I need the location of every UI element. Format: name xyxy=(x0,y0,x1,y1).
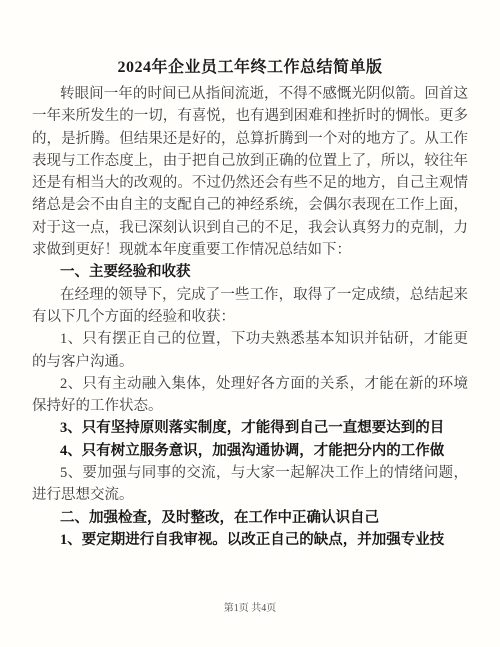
body-line: 的与客户沟通。 xyxy=(32,351,468,373)
body-line: 1、只有摆正自己的位置，下功夫熟悉基本知识并钻研，才能更好 xyxy=(32,328,468,350)
body-line: 1、要定期进行自我审视。以改正自己的缺点，并加强专业技能。 xyxy=(32,529,468,551)
body-line: 一年来所发生的一切，有喜悦，也有遇到困难和挫折时的惆怅。更多 xyxy=(32,105,468,127)
body-line: 有以下几个方面的经验和收获： xyxy=(32,306,468,328)
body-line: 4、只有树立服务意识，加强沟通协调，才能把分内的工作做好。 xyxy=(32,440,468,462)
document-page: 2024年企业员工年终工作总结简单版 转眼间一年的时间已从指间流逝，不得不感慨光… xyxy=(0,0,500,647)
page-number: 第1页 共4页 xyxy=(224,603,277,614)
body-line: 在经理的领导下，完成了一些工作，取得了一定成绩，总结起来 xyxy=(32,284,468,306)
body-line: 进行思想交流。 xyxy=(32,484,468,506)
body-line: 5、要加强与同事的交流，与大家一起解决工作上的情绪问题，多 xyxy=(32,462,468,484)
document-title: 2024年企业员工年终工作总结简单版 xyxy=(32,55,468,80)
body-line: 求做到更好！现就本年度重要工作情况总结如下： xyxy=(32,239,468,261)
page-footer: 第1页 共4页 xyxy=(0,602,500,616)
body-line: 还是有相当大的改观的。不过仍然还会有些不足的地方，自己主观情 xyxy=(32,172,468,194)
document-body: 转眼间一年的时间已从指间流逝，不得不感慨光阴似箭。回首这一年来所发生的一切，有喜… xyxy=(32,83,468,551)
body-line: 3、只有坚持原则落实制度，才能得到自己一直想要达到的目标。 xyxy=(32,417,468,439)
body-line: 对于这一点，我已深刻认识到自己的不足，我会认真努力的克制，力 xyxy=(32,217,468,239)
body-line: 的，是折腾。但结果还是好的，总算折腾到一个对的地方了。从工作 xyxy=(32,128,468,150)
body-line: 保持好的工作状态。 xyxy=(32,395,468,417)
body-line: 转眼间一年的时间已从指间流逝，不得不感慨光阴似箭。回首这 xyxy=(32,83,468,105)
body-line: 二、加强检查，及时整改，在工作中正确认识自己 xyxy=(32,507,468,529)
body-line: 一、主要经验和收获 xyxy=(32,261,468,283)
body-line: 2、只有主动融入集体，处理好各方面的关系，才能在新的环境中 xyxy=(32,373,468,395)
body-line: 绪总是会不由自主的支配自己的神经系统，会偶尔表现在工作上面， xyxy=(32,194,468,216)
body-line: 表现与工作态度上，由于把自己放到正确的位置上了，所以，较往年 xyxy=(32,150,468,172)
